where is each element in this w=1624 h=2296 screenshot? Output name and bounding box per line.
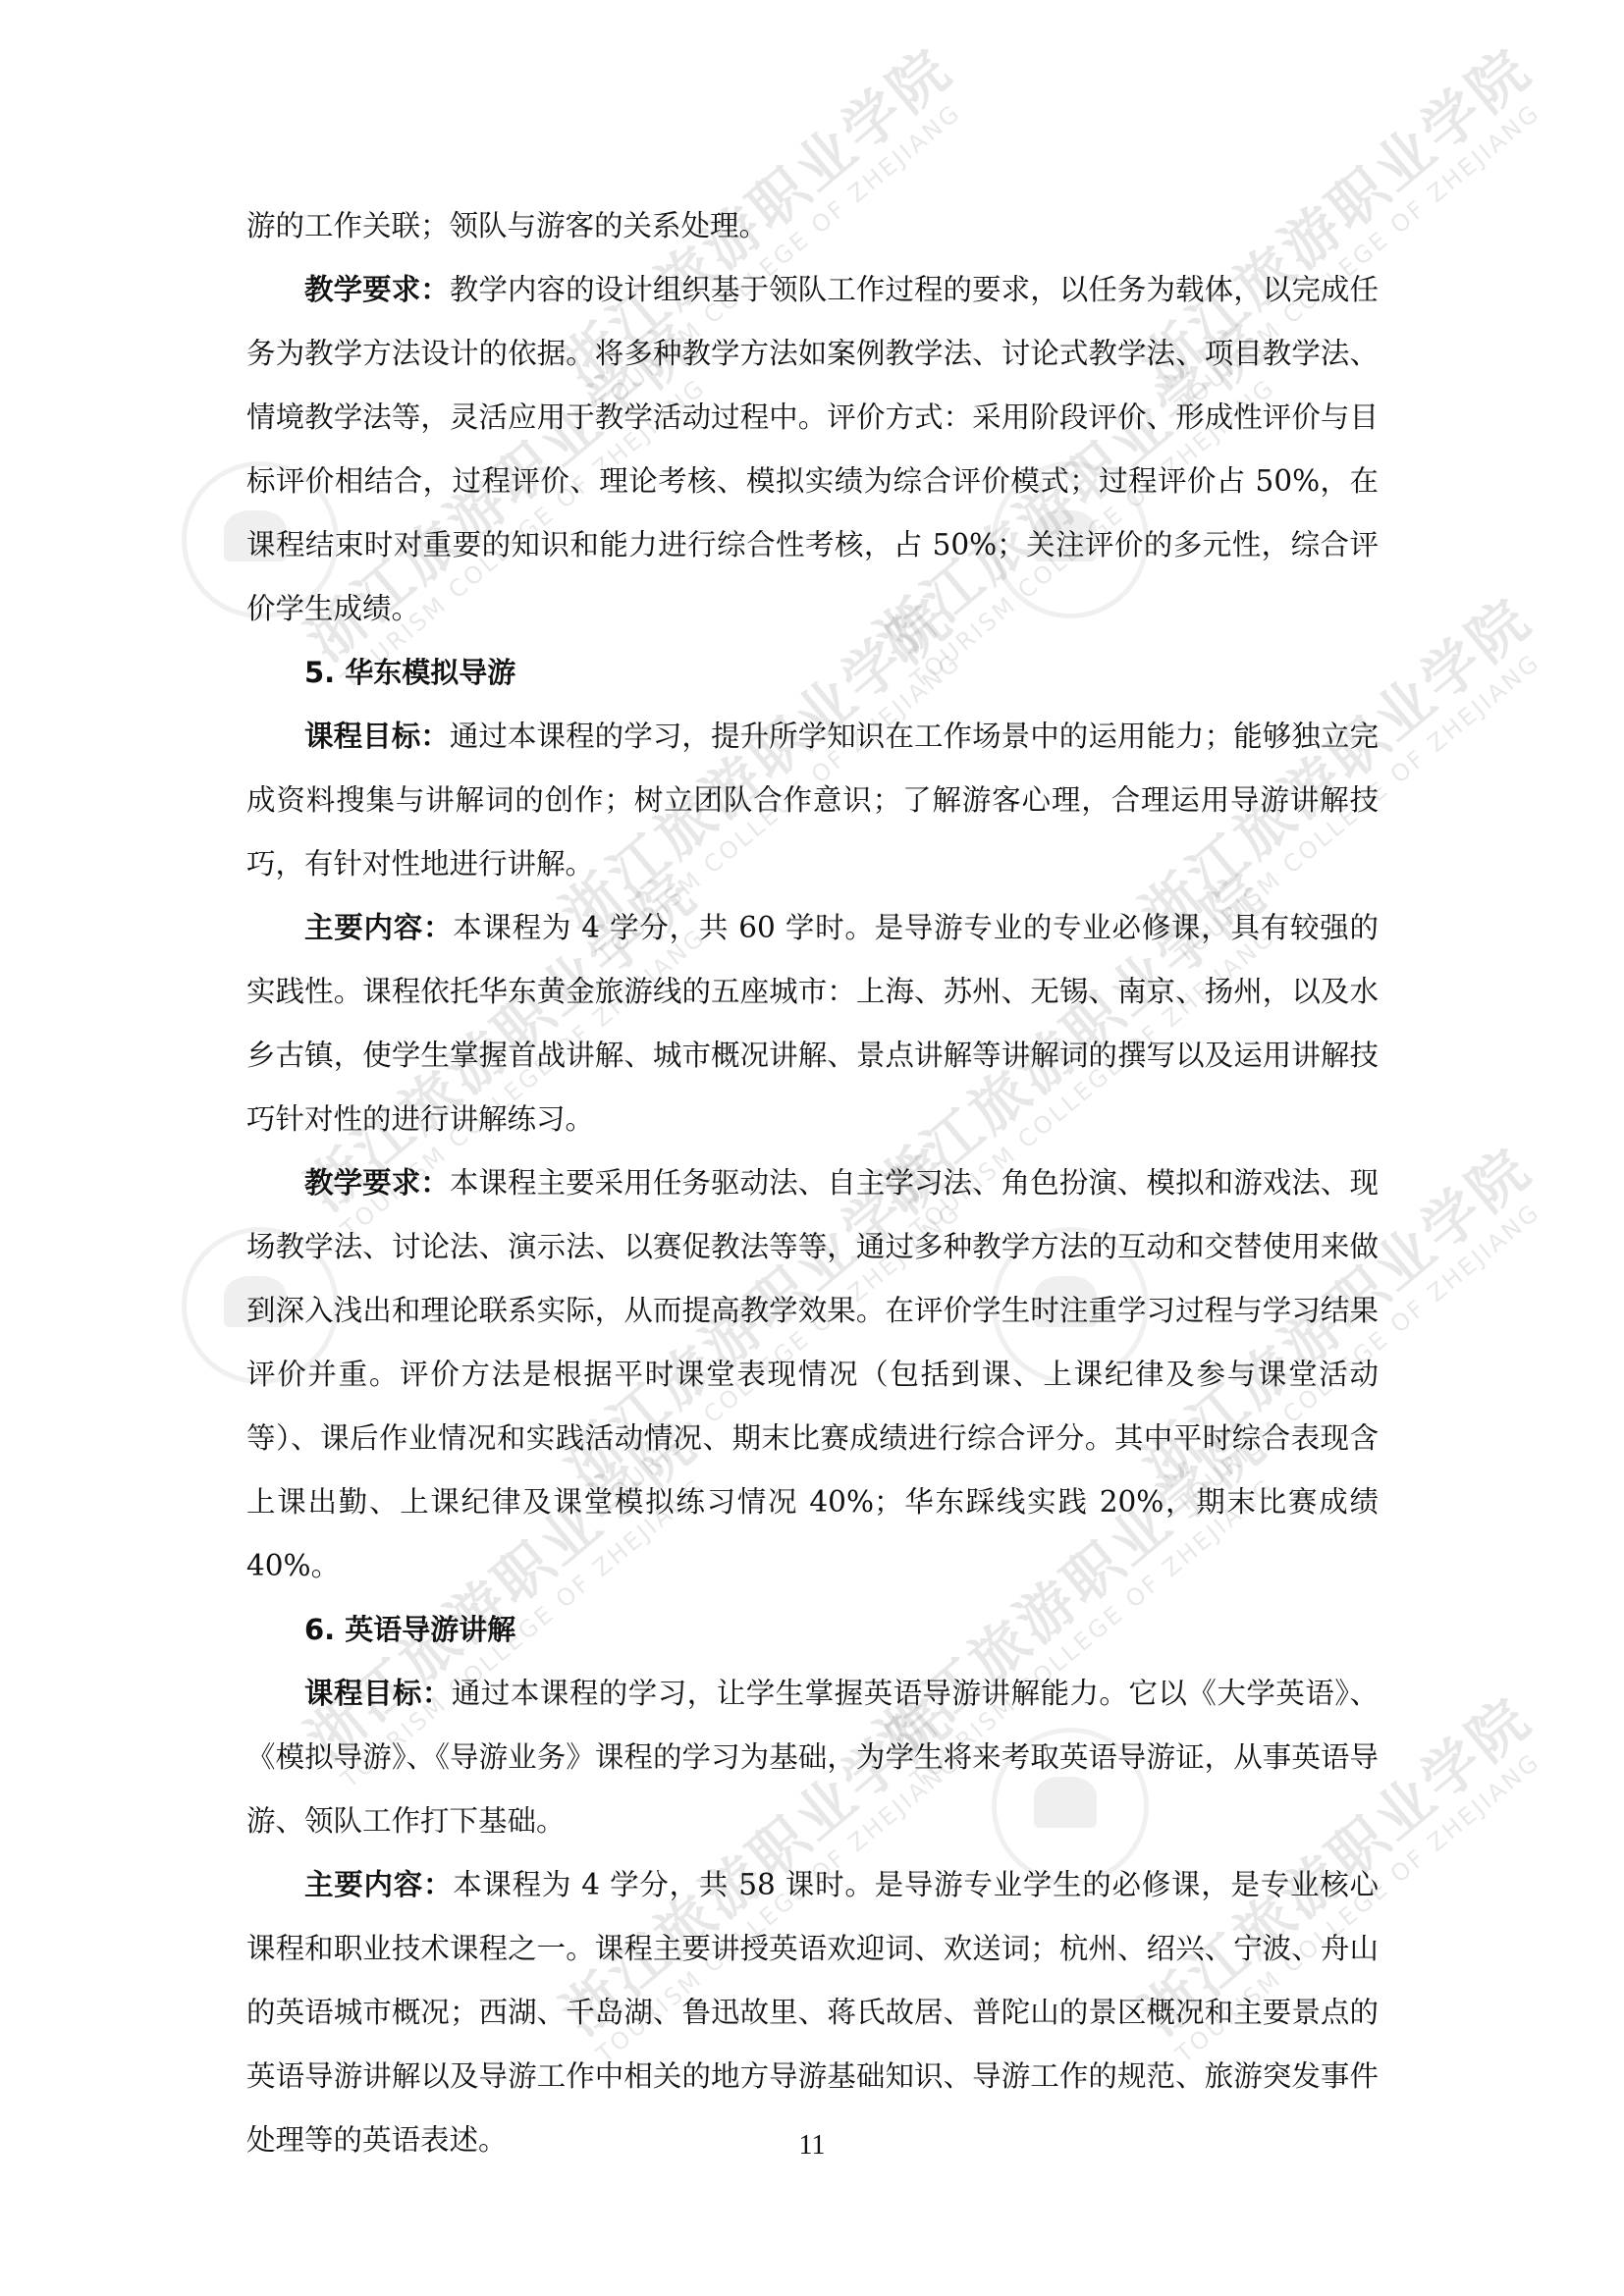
page-number: 11 (0, 2126, 1624, 2165)
paragraph-text: 教学内容的设计组织基于领队工作过程的要求，以任务为载体，以完成任务为教学方法设计… (246, 273, 1379, 625)
course-objective-paragraph: 课程目标：通过本课程的学习，让学生掌握英语导游讲解能力。它以《大学英语》、《模拟… (246, 1662, 1379, 1853)
paragraph-text: 本课程为 4 学分，共 60 学时。是导游专业的专业必修课，具有较强的实践性。课… (246, 911, 1379, 1136)
main-content-paragraph: 主要内容：本课程为 4 学分，共 58 课时。是导游专业学生的必修课，是专业核心… (246, 1853, 1379, 2172)
document-body: 游的工作关联；领队与游客的关系处理。 教学要求：教学内容的设计组织基于领队工作过… (246, 194, 1379, 2172)
paragraph-label: 主要内容： (304, 911, 453, 944)
main-content-paragraph: 主要内容：本课程为 4 学分，共 60 学时。是导游专业的专业必修课，具有较强的… (246, 896, 1379, 1151)
paragraph-text: 游的工作关联；领队与游客的关系处理。 (246, 209, 768, 242)
continuation-paragraph: 游的工作关联；领队与游客的关系处理。 (246, 194, 1379, 258)
paragraph-label: 主要内容： (304, 1868, 453, 1901)
paragraph-label: 课程目标： (304, 1677, 452, 1710)
document-page: 游的工作关联；领队与游客的关系处理。 教学要求：教学内容的设计组织基于领队工作过… (0, 0, 1624, 2296)
section-heading: 6. 英语导游讲解 (246, 1598, 1379, 1662)
course-objective-paragraph: 课程目标：通过本课程的学习，提升所学知识在工作场景中的运用能力；能够独立完成资料… (246, 705, 1379, 896)
teaching-requirements-paragraph: 教学要求：本课程主要采用任务驱动法、自主学习法、角色扮演、模拟和游戏法、现场教学… (246, 1151, 1379, 1598)
paragraph-label: 课程目标： (304, 720, 450, 753)
paragraph-text: 本课程为 4 学分，共 58 课时。是导游专业学生的必修课，是专业核心课程和职业… (246, 1868, 1379, 2157)
teaching-requirements-paragraph: 教学要求：教学内容的设计组织基于领队工作过程的要求，以任务为载体，以完成任务为教… (246, 258, 1379, 641)
paragraph-text: 本课程主要采用任务驱动法、自主学习法、角色扮演、模拟和游戏法、现场教学法、讨论法… (246, 1166, 1379, 1582)
paragraph-label: 教学要求： (304, 1166, 450, 1200)
paragraph-label: 教学要求： (304, 273, 450, 306)
section-heading: 5. 华东模拟导游 (246, 641, 1379, 705)
